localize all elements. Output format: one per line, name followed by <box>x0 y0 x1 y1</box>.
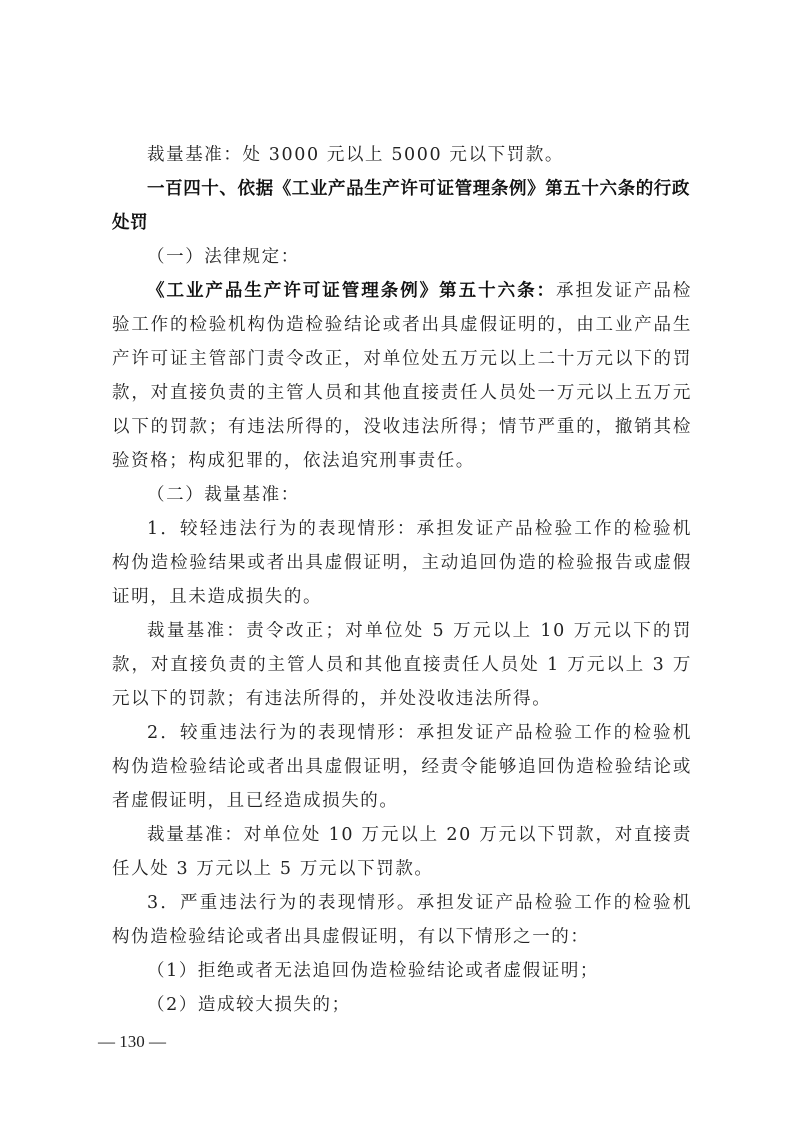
page-number: — 130 — <box>98 1032 166 1052</box>
law-body: 承担发证产品检验工作的检验机构伪造检验结论或者出具虚假证明的，由工业产品生产许可… <box>112 281 692 471</box>
law-citation: 《工业产品生产许可证管理条例》第五十六条： <box>147 281 556 301</box>
paragraph-minor-standard: 裁量基准：责令改正；对单位处 5 万元以上 10 万元以下的罚款，对直接负责的主… <box>112 614 692 716</box>
paragraph-severe-violation: 3．严重违法行为的表现情形。承担发证产品检验工作的检验机构伪造检验结论或者出具虚… <box>112 886 692 954</box>
paragraph-serious-standard: 裁量基准：对单位处 10 万元以上 20 万元以下罚款，对直接责任人处 3 万元… <box>112 818 692 886</box>
document-page: 裁量基准：处 3000 元以上 5000 元以下罚款。 一百四十、依据《工业产品… <box>112 138 692 1022</box>
paragraph-serious-violation: 2．较重违法行为的表现情形：承担发证产品检验工作的检验机构伪造检验结论或者出具虚… <box>112 716 692 818</box>
subheading-discretion-standards: （二）裁量基准： <box>112 478 692 512</box>
section-heading: 一百四十、依据《工业产品生产许可证管理条例》第五十六条的行政处罚 <box>112 172 692 240</box>
paragraph-discretion-standard-prev: 裁量基准：处 3000 元以上 5000 元以下罚款。 <box>112 138 692 172</box>
paragraph-minor-violation: 1．较轻违法行为的表现情形：承担发证产品检验工作的检验机构伪造检验结果或者出具虚… <box>112 512 692 614</box>
list-item-severe-2: （2）造成较大损失的； <box>112 988 692 1022</box>
subheading-legal-provisions: （一）法律规定： <box>112 240 692 274</box>
paragraph-law-text: 《工业产品生产许可证管理条例》第五十六条：承担发证产品检验工作的检验机构伪造检验… <box>112 274 692 478</box>
list-item-severe-1: （1）拒绝或者无法追回伪造检验结论或者虚假证明； <box>112 954 692 988</box>
